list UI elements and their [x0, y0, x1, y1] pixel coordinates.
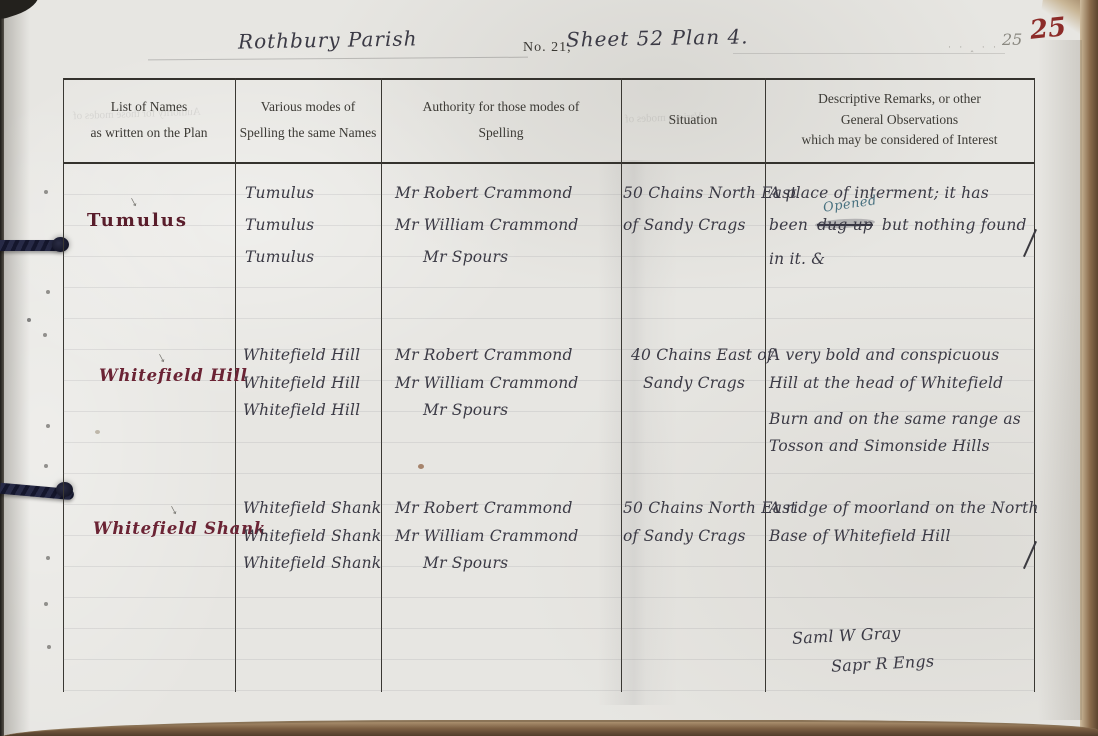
right-edge-shadow [1038, 40, 1082, 720]
header-line: Situation [669, 107, 718, 133]
sheet-plan-handwritten: Sheet 52 Plan 4. [566, 24, 749, 51]
scanned-name-book-page: Rothbury Parish No. 21, Sheet 52 Plan 4.… [0, 0, 1098, 736]
column-authorities: Mr Robert Crammond Mr William Crammond M… [381, 164, 621, 694]
stitch-hole [44, 464, 48, 468]
header-line: Descriptive Remarks, or other [818, 89, 981, 110]
authority-entry: Mr William Crammond [395, 216, 579, 234]
pencil-rule [733, 53, 1005, 54]
speck [27, 318, 31, 322]
entry-name: Tumulus [87, 210, 188, 231]
header-line: which may be considered of Interest [801, 130, 997, 151]
page-edge-bottom [0, 720, 1098, 736]
pencil-scribble: · · ‸ · · [948, 42, 999, 53]
situation-line: of Sandy Crags [623, 216, 746, 234]
column-list-of-names: ↓ Tumulus ↓ Whitefield Hill ↓ Whitefield… [63, 164, 235, 694]
header-line: Various modes of [261, 94, 356, 120]
column-spellings: Tumulus Tumulus Tumulus Whitefield Hill … [235, 164, 381, 694]
spelling-entry: Tumulus [245, 184, 314, 202]
header-list-of-names: Authority for those modes of List of Nam… [63, 78, 235, 162]
authority-entry: Mr Robert Crammond [395, 499, 573, 517]
spelling-entry: Whitefield Hill [243, 346, 360, 364]
header-line: as written on the Plan [91, 120, 208, 146]
remark-text: but nothing found [882, 216, 1027, 234]
authority-entry: Mr William Crammond [395, 527, 579, 545]
remark-line: in it. & [769, 250, 825, 268]
page-number-pencil: 25 [1002, 30, 1022, 49]
spelling-entry: Whitefield Shank [243, 527, 381, 545]
struck-out-text: dug up [817, 216, 873, 234]
stitch-hole [43, 333, 47, 337]
table-body: ↓ Tumulus ↓ Whitefield Hill ↓ Whitefield… [63, 164, 1035, 694]
surveyor-signature: Saml W Gray [792, 623, 901, 648]
remark-text: been [769, 216, 808, 234]
remark-line-with-correction: been dug up but nothing found [769, 216, 1027, 234]
parish-underline [148, 57, 528, 61]
stitch-hole [47, 645, 51, 649]
header-authority: Authority for those modes of Spelling [381, 78, 621, 162]
spelling-entry: Whitefield Hill [243, 374, 360, 392]
authority-entry: Mr Spours [423, 554, 508, 572]
header-line: Spelling [478, 120, 523, 146]
remark-line: A ridge of moorland on the North [769, 499, 1039, 517]
situation-line: Sandy Crags [643, 374, 745, 392]
header-line: List of Names [111, 94, 188, 120]
remark-line: A place of interment; it has [769, 184, 989, 202]
header-line: General Observations [841, 110, 958, 131]
remark-line: Tosson and Simonside Hills [769, 437, 990, 455]
page-number-red: 25 [1029, 12, 1068, 46]
column-remarks: A place of interment; it has Opened been… [765, 164, 1034, 694]
authority-entry: Mr Robert Crammond [395, 346, 573, 364]
header-descriptive-remarks: Descriptive Remarks, or other General Ob… [765, 78, 1034, 162]
stitch-hole [44, 190, 48, 194]
spelling-entry: Tumulus [245, 248, 314, 266]
remark-line: Hill at the head of Whitefield [769, 374, 1003, 392]
authority-entry: Mr Robert Crammond [395, 184, 573, 202]
spelling-entry: Whitefield Shank [243, 499, 381, 517]
spelling-entry: Tumulus [245, 216, 314, 234]
page-edge-right [1080, 0, 1098, 736]
pencil-arrow-icon: ↓ [126, 193, 141, 212]
stitch-hole [46, 556, 50, 560]
parish-title: Rothbury Parish [238, 26, 418, 53]
name-book-table: Authority for those modes of List of Nam… [63, 78, 1035, 694]
sheet-number-printed: No. 21, [523, 40, 572, 56]
entry-name: Whitefield Hill [99, 366, 248, 385]
header-line: Spelling the same Names [240, 120, 377, 146]
surveyor-rank: Sapr R Engs [831, 651, 935, 675]
remark-line: A very bold and conspicuous [769, 346, 999, 364]
header-line: Authority for those modes of [423, 94, 580, 120]
stitch-hole [46, 290, 50, 294]
authority-entry: Mr Spours [423, 248, 508, 266]
situation-line: 40 Chains East of [631, 346, 773, 364]
spelling-entry: Whitefield Hill [243, 401, 360, 419]
header-situation: Various modes of Situation [621, 78, 765, 162]
header-various-modes: Various modes of Spelling the same Names [235, 78, 381, 162]
column-situation: 50 Chains North East of Sandy Crags 40 C… [621, 164, 765, 694]
authority-entry: Mr William Crammond [395, 374, 579, 392]
gutter-shadow [4, 0, 30, 736]
spelling-entry: Whitefield Shank [243, 554, 381, 572]
pencil-arrow-icon: ↓ [154, 349, 169, 368]
table-header-row: Authority for those modes of List of Nam… [63, 78, 1035, 162]
situation-line: of Sandy Crags [623, 527, 746, 545]
stitch-hole [44, 602, 48, 606]
remark-line: Base of Whitefield Hill [769, 527, 951, 545]
pencil-arrow-icon: ↓ [166, 501, 181, 520]
remark-line: Burn and on the same range as [769, 410, 1021, 428]
authority-entry: Mr Spours [423, 401, 508, 419]
stitch-hole [46, 424, 50, 428]
